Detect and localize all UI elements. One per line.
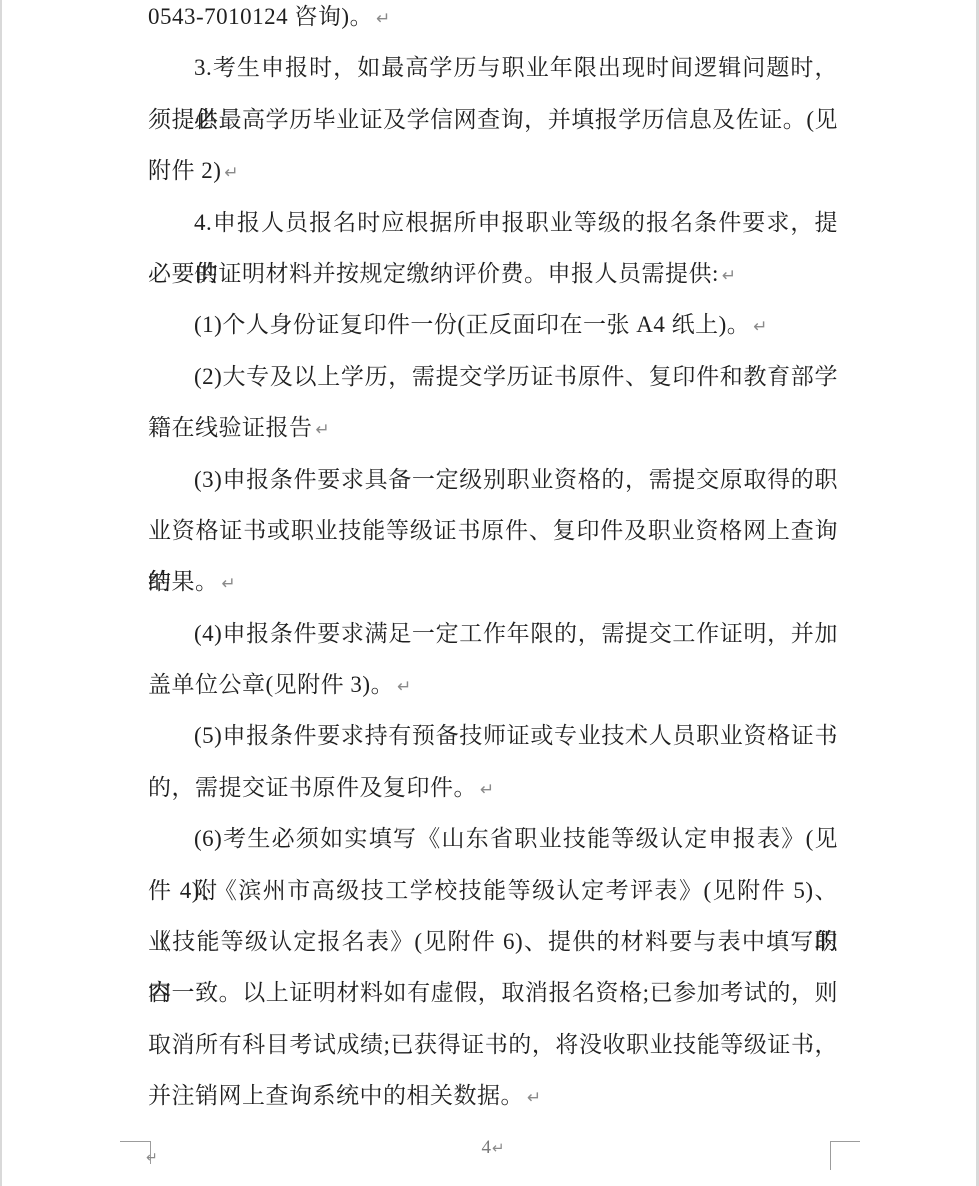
paragraph-mark-icon: ↵ [397, 677, 411, 697]
line-text: (3)申报条件要求具备一定级别职业资格的，需提交原取得的职 [194, 467, 838, 492]
text-line: (4)申报条件要求满足一定工作年限的，需提交工作证明，并加 [148, 608, 838, 659]
line-text: (2)大专及以上学历，需提交学历证书原件、复印件和教育部学 [194, 364, 838, 389]
paragraph-mark-icon: ↵ [376, 9, 390, 29]
text-line: 结果。↵ [148, 556, 838, 607]
document-page: { "page": { "lines": [ {"text": "0543-70… [0, 0, 979, 1186]
text-line: (6)考生必须如实填写《山东省职业技能等级认定申报表》(见附 [148, 813, 838, 864]
text-line: 3.考生申报时，如最高学历与职业年限出现时间逻辑问题时，必 [148, 42, 838, 93]
page-number: 4 [481, 1137, 491, 1158]
text-line: 业资格证书或职业技能等级证书原件、复印件及职业资格网上查询的 [148, 505, 838, 556]
text-line: 件 4)、《滨州市高级技工学校技能等级认定考评表》(见附件 5)、《职 [148, 865, 838, 916]
line-text: 的，需提交证书原件及复印件。 [148, 775, 477, 800]
line-text: 必要的证明材料并按规定缴纳评价费。申报人员需提供: [148, 261, 719, 286]
text-line: 0543-7010124 咨询)。↵ [148, 0, 838, 42]
text-line: 业技能等级认定报名表》(见附件 6)、提供的材料要与表中填写的内 [148, 916, 838, 967]
text-block: 0543-7010124 咨询)。↵ 3.考生申报时，如最高学历与职业年限出现时… [148, 0, 838, 1122]
text-line: 籍在线验证报告↵ [148, 402, 838, 453]
line-text: 附件 2) [148, 158, 221, 183]
text-line: (3)申报条件要求具备一定级别职业资格的，需提交原取得的职 [148, 454, 838, 505]
text-line: 取消所有科目考试成绩;已获得证书的，将没收职业技能等级证书， [148, 1019, 838, 1070]
page-edge-left [0, 0, 2, 1186]
text-line: 须提供最高学历毕业证及学信网查询，并填报学历信息及佐证。(见 [148, 94, 838, 145]
text-line: (1)个人身份证复印件一份(正反面印在一张 A4 纸上)。↵ [148, 299, 838, 350]
text-line: 必要的证明材料并按规定缴纳评价费。申报人员需提供:↵ [148, 248, 838, 299]
page-footer: 4↵ [148, 1134, 838, 1162]
line-text: 籍在线验证报告 [148, 415, 313, 440]
line-text: 容一致。以上证明材料如有虚假，取消报名资格;已参加考试的，则 [148, 980, 838, 1005]
paragraph-mark-icon: ↵ [722, 266, 736, 286]
text-line: 4.申报人员报名时应根据所申报职业等级的报名条件要求，提供 [148, 197, 838, 248]
text-line: (2)大专及以上学历，需提交学历证书原件、复印件和教育部学 [148, 351, 838, 402]
text-line: 并注销网上查询系统中的相关数据。↵ [148, 1070, 838, 1121]
line-text: 并注销网上查询系统中的相关数据。 [148, 1083, 524, 1108]
line-text: 须提供最高学历毕业证及学信网查询，并填报学历信息及佐证。(见 [148, 107, 838, 132]
line-text: (1)个人身份证复印件一份(正反面印在一张 A4 纸上)。 [194, 312, 750, 337]
paragraph-mark-icon: ↵ [492, 1139, 505, 1157]
line-text: 盖单位公章(见附件 3)。 [148, 672, 394, 697]
line-text: 取消所有科目考试成绩;已获得证书的，将没收职业技能等级证书， [148, 1032, 838, 1057]
paragraph-mark-icon: ↵ [527, 1088, 541, 1108]
paragraph-mark-icon: ↵ [316, 420, 330, 440]
line-text: 结果。 [148, 569, 219, 594]
text-line: 的，需提交证书原件及复印件。↵ [148, 762, 838, 813]
text-line: 盖单位公章(见附件 3)。↵ [148, 659, 838, 710]
paragraph-mark-icon: ↵ [753, 317, 767, 337]
paragraph-mark-icon: ↵ [222, 574, 236, 594]
text-line: (5)申报条件要求持有预备技师证或专业技术人员职业资格证书 [148, 710, 838, 761]
paragraph-mark-icon: ↵ [480, 780, 494, 800]
text-line: 容一致。以上证明材料如有虚假，取消报名资格;已参加考试的，则 [148, 967, 838, 1018]
line-text: (4)申报条件要求满足一定工作年限的，需提交工作证明，并加 [194, 621, 838, 646]
line-text: 0543-7010124 咨询)。 [148, 4, 373, 29]
paragraph-mark-icon: ↵ [224, 163, 238, 183]
line-text: (5)申报条件要求持有预备技师证或专业技术人员职业资格证书 [194, 723, 838, 748]
text-line: 附件 2)↵ [148, 145, 838, 196]
